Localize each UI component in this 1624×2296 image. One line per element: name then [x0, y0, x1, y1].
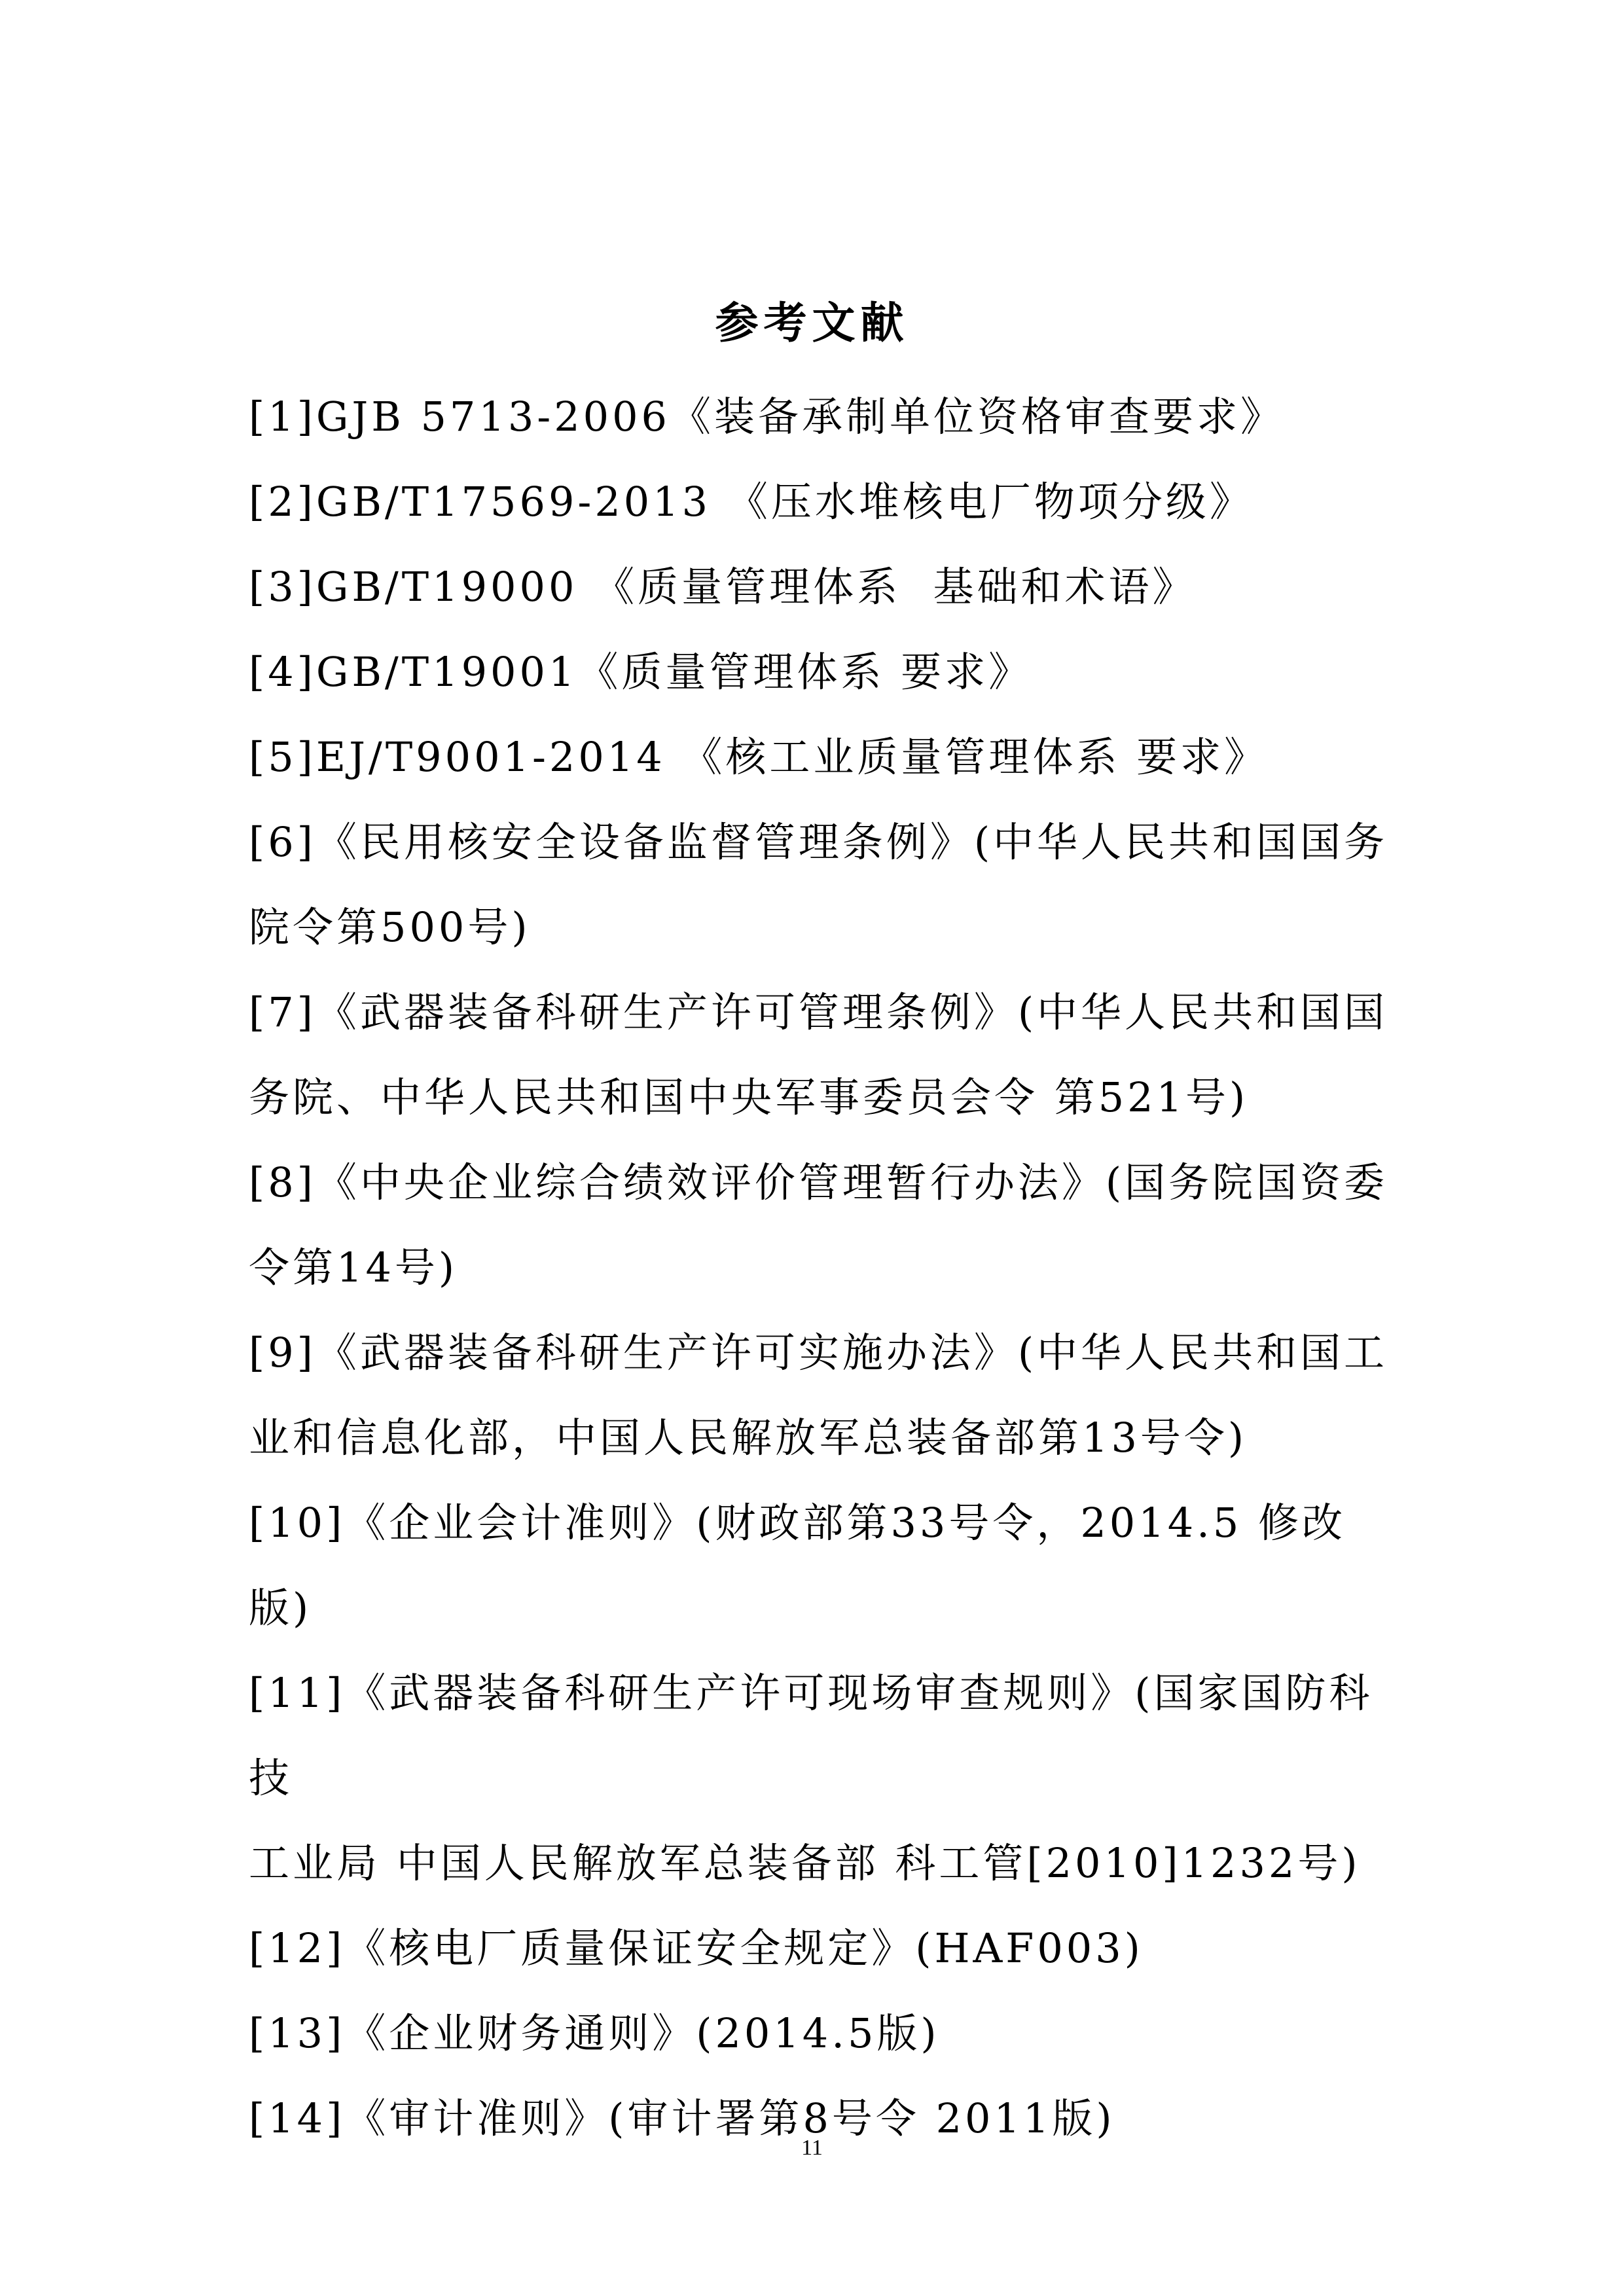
reference-item-11: [11]《武器装备科研生产许可现场审查规则》(国家国防科技工业局 中国人民解放军… — [249, 1651, 1401, 1906]
reference-item-10: [10]《企业会计准则》(财政部第33号令，2014.5 修改版) — [249, 1480, 1401, 1651]
page-number: 11 — [0, 2135, 1624, 2161]
reference-line: 务院、中华人民共和国中央军事委员会令 第521号) — [249, 1073, 1248, 1121]
reference-item-3: [3]GB/T19000 《质量管理体系 基础和术语》 — [249, 545, 1401, 630]
reference-list: [1]GJB 5713-2006《装备承制单位资格审查要求》 [2]GB/T17… — [249, 374, 1401, 2161]
document-page: 参考文献 [1]GJB 5713-2006《装备承制单位资格审查要求》 [2]G… — [0, 0, 1624, 2296]
page-title: 参考文献 — [0, 287, 1624, 359]
reference-line: [10]《企业会计准则》(财政部第33号令，2014.5 修改版) — [249, 1499, 1346, 1632]
reference-line: [4]GB/T19001《质量管理体系 要求》 — [249, 648, 1032, 696]
reference-line: [9]《武器装备科研生产许可实施办法》(中华人民共和国工 — [249, 1329, 1388, 1376]
reference-item-1: [1]GJB 5713-2006《装备承制单位资格审查要求》 — [249, 374, 1401, 459]
reference-item-8: [8]《中央企业综合绩效评价管理暂行办法》(国务院国资委令第14号) — [249, 1140, 1401, 1310]
reference-line: [2]GB/T17569-2013 《压水堆核电厂物项分级》 — [249, 478, 1254, 526]
reference-item-4: [4]GB/T19001《质量管理体系 要求》 — [249, 630, 1401, 715]
reference-item-7: [7]《武器装备科研生产许可管理条例》(中华人民共和国国务院、中华人民共和国中央… — [249, 970, 1401, 1140]
reference-item-12: [12]《核电厂质量保证安全规定》(HAF003) — [249, 1906, 1401, 1991]
reference-line: [3]GB/T19000 《质量管理体系 基础和术语》 — [249, 563, 1197, 611]
reference-line: [8]《中央企业综合绩效评价管理暂行办法》(国务院国资委 — [249, 1158, 1388, 1206]
reference-line: [6]《民用核安全设备监督管理条例》(中华人民共和国国务 — [249, 818, 1388, 866]
reference-item-2: [2]GB/T17569-2013 《压水堆核电厂物项分级》 — [249, 459, 1401, 545]
reference-line: [1]GJB 5713-2006《装备承制单位资格审查要求》 — [249, 393, 1284, 440]
reference-line: 院令第500号) — [249, 903, 531, 951]
reference-item-13: [13]《企业财务通则》(2014.5版) — [249, 1991, 1401, 2076]
reference-line: 业和信息化部，中国人民解放军总装备部第13号令) — [249, 1414, 1247, 1462]
reference-line: 令第14号) — [249, 1244, 458, 1291]
reference-line: [11]《武器装备科研生产许可现场审查规则》(国家国防科技 — [249, 1669, 1373, 1802]
reference-line: [5]EJ/T9001-2014 《核工业质量管理体系 要求》 — [249, 733, 1268, 781]
reference-line: [12]《核电厂质量保证安全规定》(HAF003) — [249, 1924, 1144, 1972]
reference-item-5: [5]EJ/T9001-2014 《核工业质量管理体系 要求》 — [249, 715, 1401, 800]
reference-item-6: [6]《民用核安全设备监督管理条例》(中华人民共和国国务院令第500号) — [249, 800, 1401, 970]
reference-line: 工业局 中国人民解放军总装备部 科工管[2010]1232号) — [249, 1839, 1361, 1887]
reference-line: [13]《企业财务通则》(2014.5版) — [249, 2009, 940, 2057]
reference-line: [7]《武器装备科研生产许可管理条例》(中华人民共和国国 — [249, 988, 1388, 1036]
reference-item-9: [9]《武器装备科研生产许可实施办法》(中华人民共和国工业和信息化部，中国人民解… — [249, 1310, 1401, 1480]
